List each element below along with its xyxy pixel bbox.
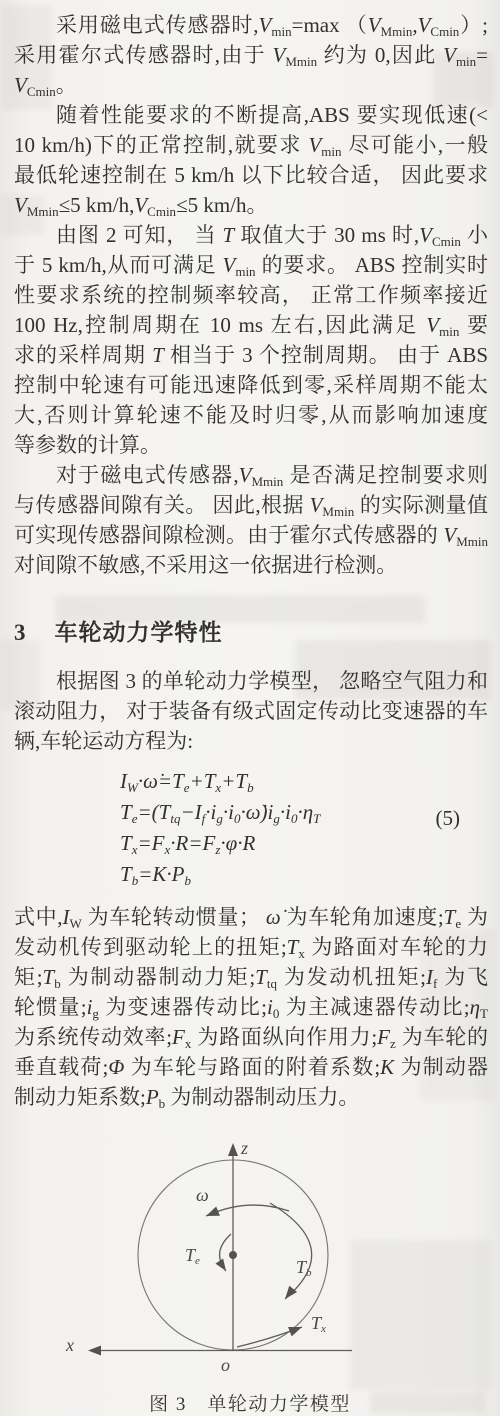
wheel-diagram: [0, 1133, 500, 1388]
text-line: VMmin≤5 km/h,VCmin≤5 km/h。: [14, 190, 488, 220]
text-line: 求的采样周期 T 相当于 3 个控制周期。 由于 ABS: [14, 340, 488, 370]
omega-label: ω: [196, 1185, 209, 1206]
text-line: 滚动阻力， 对于装备有级式固定传动比变速器的车: [14, 696, 488, 726]
text-line: 矩;Tb 为制动器制动力矩;Ttq 为发动机扭矩;If 为飞: [14, 962, 488, 992]
equation-line: Tx=Fx·R=Fz·φ·R: [120, 828, 488, 859]
brake-torque-arrowhead: [281, 1286, 297, 1302]
equation-number: (5): [436, 806, 461, 831]
text-line: 大,否则计算轮速不能及时归零,从而影响加速度: [14, 400, 488, 430]
text-line: 采用磁电式传感器时,Vmin=max （VMmin,VCmin）;: [14, 10, 488, 40]
paragraph: 对于磁电式传感器,VMmin 是否满足控制要求则 与传感器间隙有关。 因此,根据…: [14, 460, 488, 580]
engine-torque-label: Te: [185, 1245, 200, 1266]
text-line: 等参数的计算。: [14, 430, 488, 460]
omega-arrowhead: [204, 1206, 220, 1220]
text-line: 对于磁电式传感器,VMmin 是否满足控制要求则: [14, 460, 488, 490]
x-axis-label: x: [66, 1335, 74, 1356]
text-line: 控制中轮速有可能迅速降低到零,采样周期不能太: [14, 370, 488, 400]
equation-block: IW·ω̇=Te+Tx+Tb Te=(Ttq−If·ig·i0·ω̇)ig·i0…: [14, 766, 488, 890]
scanned-page: 采用磁电式传感器时,Vmin=max （VMmin,VCmin）; 采用霍尔式传…: [0, 0, 500, 1416]
equation-line: IW·ω̇=Te+Tx+Tb: [120, 766, 488, 797]
text-line: 性要求系统的控制频率较高， 正常工作频率接近: [14, 280, 488, 310]
paragraph: 由图 2 可知， 当 T 取值大于 30 ms 时,VCmin 小 于 5 km…: [14, 220, 488, 460]
text-line: 随着性能要求的不断提高,ABS 要实现低速(<: [14, 100, 488, 130]
text-line: 100 Hz,控制周期在 10 ms 左右,因此满足 Vmin 要: [14, 310, 488, 340]
section-number: 3: [14, 620, 27, 645]
wheel-center-dot: [229, 1251, 237, 1259]
road-torque-label: Tx: [311, 1313, 326, 1334]
equation-line: Tb=K·Pb: [120, 859, 488, 890]
text-line: 对间隙不敏感,不采用这一依据进行检测。: [14, 550, 488, 580]
text-line: 可实现传感器间隙检测。由于霍尔式传感器的 VMmin: [14, 520, 488, 550]
x-arrowhead: [88, 1346, 101, 1356]
brake-torque-arc: [270, 1203, 312, 1299]
text-line: 采用霍尔式传感器时,由于 VMmin 约为 0,因此 Vmin=: [14, 40, 488, 70]
engine-torque-arrowhead: [215, 1258, 229, 1273]
text-line: 与传感器间隙有关。 因此,根据 VMmin 的实际测量值: [14, 490, 488, 520]
paragraph: 式中,IW 为车轮转动惯量； ω̇ 为车轮角加速度;Te 为 发动机传到驱动轮上…: [14, 902, 488, 1112]
text-line: 根据图 3 的单轮动力学模型， 忽略空气阻力和: [14, 666, 488, 696]
text-line: 最低轮速控制在 5 km/h 以下比较合适， 因此要求: [14, 160, 488, 190]
section-title: 车轮动力学特性: [55, 619, 223, 645]
text-line: 式中,IW 为车轮转动惯量； ω̇ 为车轮角加速度;Te 为: [14, 902, 488, 932]
figure-caption: 图 3 单轮动力学模型: [0, 1389, 500, 1416]
figure-wheel-model: z x o ω Te Tb Tx 图 3 单轮动力学模型: [0, 1133, 500, 1416]
text-line: 10 km/h)下的正常控制,就要求 Vmin 尽可能小,一般: [14, 130, 488, 160]
text-line: 垂直载荷;Φ 为车轮与路面的附着系数;K 为制动器: [14, 1052, 488, 1082]
z-arrowhead: [228, 1143, 238, 1156]
road-torque-arrowhead: [288, 1322, 304, 1336]
brake-torque-label: Tb: [296, 1257, 312, 1278]
page-body: 采用磁电式传感器时,Vmin=max （VMmin,VCmin）; 采用霍尔式传…: [14, 10, 488, 1112]
text-line: VCmin。: [14, 70, 488, 100]
text-line: 辆,车轮运动方程为:: [14, 726, 488, 756]
text-line: 于 5 km/h,从而可满足 Vmin 的要求。 ABS 控制实时: [14, 250, 488, 280]
section-heading: 3车轮动力学特性: [14, 616, 488, 648]
paragraph: 随着性能要求的不断提高,ABS 要实现低速(< 10 km/h)下的正常控制,就…: [14, 100, 488, 220]
text-line: 轮惯量;ig 为变速器传动比;i0 为主减速器传动比;ηT: [14, 992, 488, 1022]
text-line: 由图 2 可知， 当 T 取值大于 30 ms 时,VCmin 小: [14, 220, 488, 250]
paragraph: 采用磁电式传感器时,Vmin=max （VMmin,VCmin）; 采用霍尔式传…: [14, 10, 488, 100]
equation-line: Te=(Ttq−If·ig·i0·ω̇)ig·i0·ηT: [120, 797, 488, 828]
text-line: 为系统传动效率;Fx 为路面纵向作用力;Fz 为车轮的: [14, 1022, 488, 1052]
text-line: 制动力矩系数;Pb 为制动器制动压力。: [14, 1082, 488, 1112]
z-axis-label: z: [241, 1138, 248, 1159]
origin-label: o: [221, 1355, 230, 1376]
text-line: 发动机传到驱动轮上的扭矩;Tx 为路面对车轮的力: [14, 932, 488, 962]
paragraph: 根据图 3 的单轮动力学模型， 忽略空气阻力和 滚动阻力， 对于装备有级式固定传…: [14, 666, 488, 756]
